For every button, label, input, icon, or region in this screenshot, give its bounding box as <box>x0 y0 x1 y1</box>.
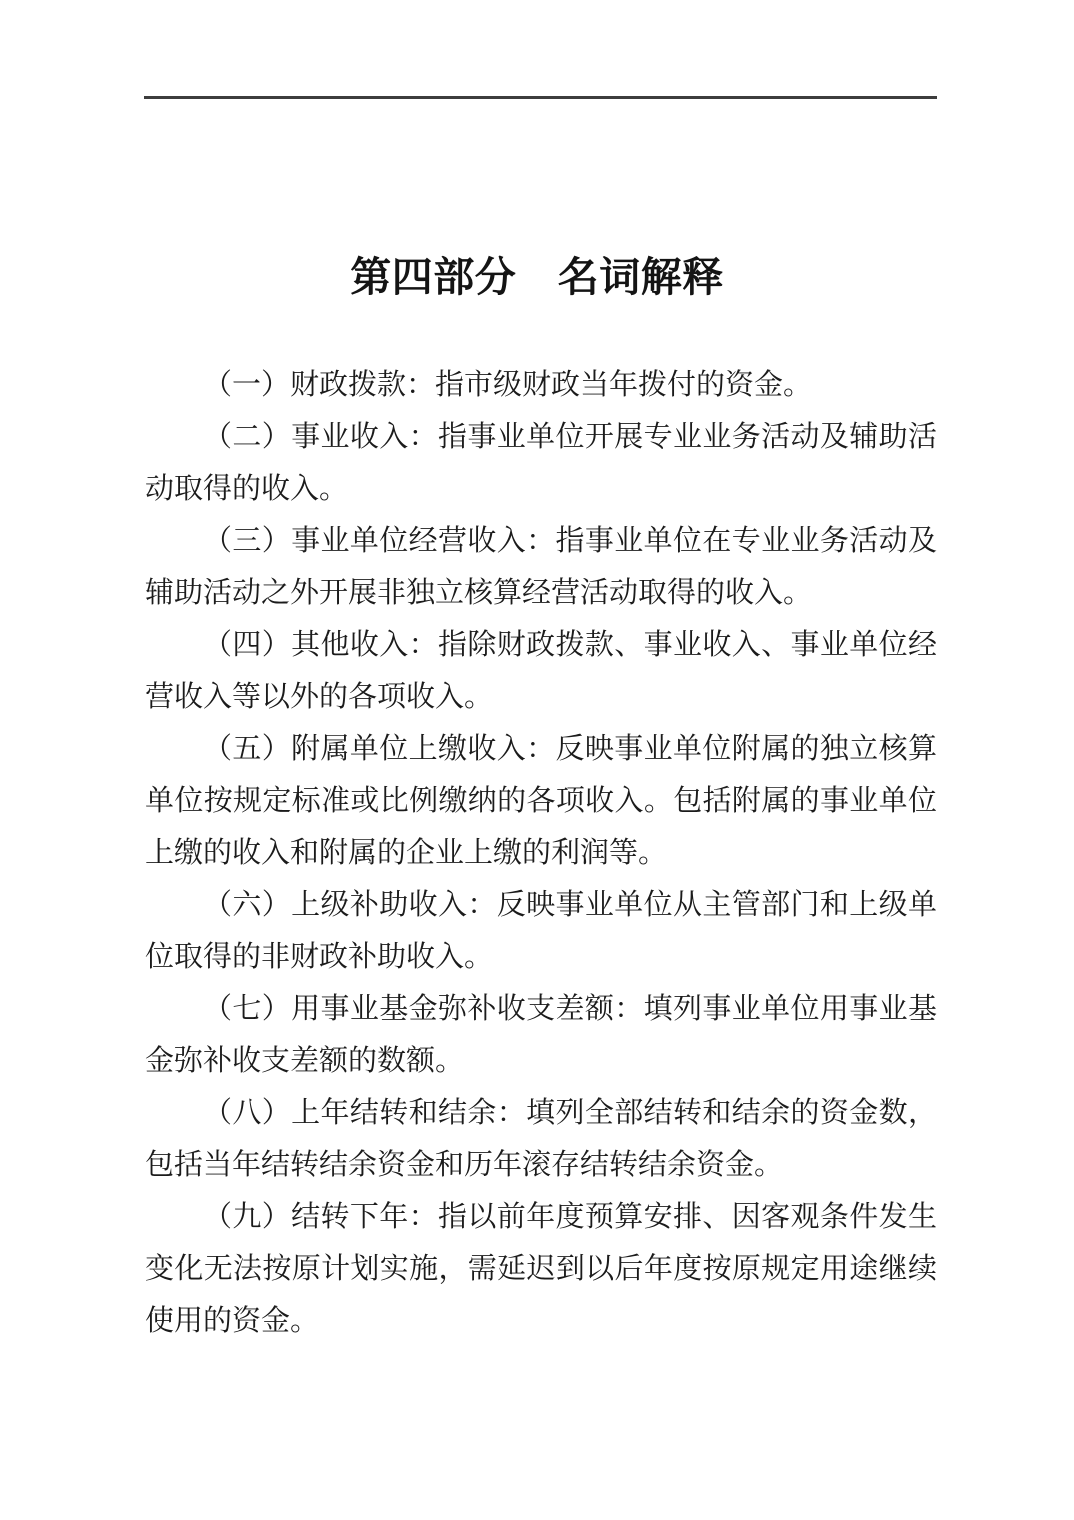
glossary-paragraph: （一）财政拨款：指市级财政当年拨付的资金。 <box>145 359 937 411</box>
glossary-paragraph: （六）上级补助收入：反映事业单位从主管部门和上级单位取得的非财政补助收入。 <box>145 879 937 983</box>
glossary-paragraph: （五）附属单位上缴收入：反映事业单位附属的独立核算单位按规定标准或比例缴纳的各项… <box>145 723 937 879</box>
glossary-paragraph: （八）上年结转和结余：填列全部结转和结余的资金数，包括当年结转结余资金和历年滚存… <box>145 1087 937 1191</box>
document-page: 第四部分 名词解释 （一）财政拨款：指市级财政当年拨付的资金。（二）事业收入：指… <box>0 0 1074 1520</box>
glossary-paragraph: （四）其他收入：指除财政拨款、事业收入、事业单位经营收入等以外的各项收入。 <box>145 619 937 723</box>
glossary-paragraph: （二）事业收入：指事业单位开展专业业务活动及辅助活动取得的收入。 <box>145 411 937 515</box>
glossary-paragraph: （九）结转下年：指以前年度预算安排、因客观条件发生变化无法按原计划实施，需延迟到… <box>145 1191 937 1347</box>
header-rule <box>144 96 937 99</box>
page-title: 第四部分 名词解释 <box>0 252 1074 302</box>
glossary-paragraph: （七）用事业基金弥补收支差额：填列事业单位用事业基金弥补收支差额的数额。 <box>145 983 937 1087</box>
document-body: （一）财政拨款：指市级财政当年拨付的资金。（二）事业收入：指事业单位开展专业业务… <box>145 359 937 1347</box>
glossary-paragraph: （三）事业单位经营收入：指事业单位在专业业务活动及辅助活动之外开展非独立核算经营… <box>145 515 937 619</box>
